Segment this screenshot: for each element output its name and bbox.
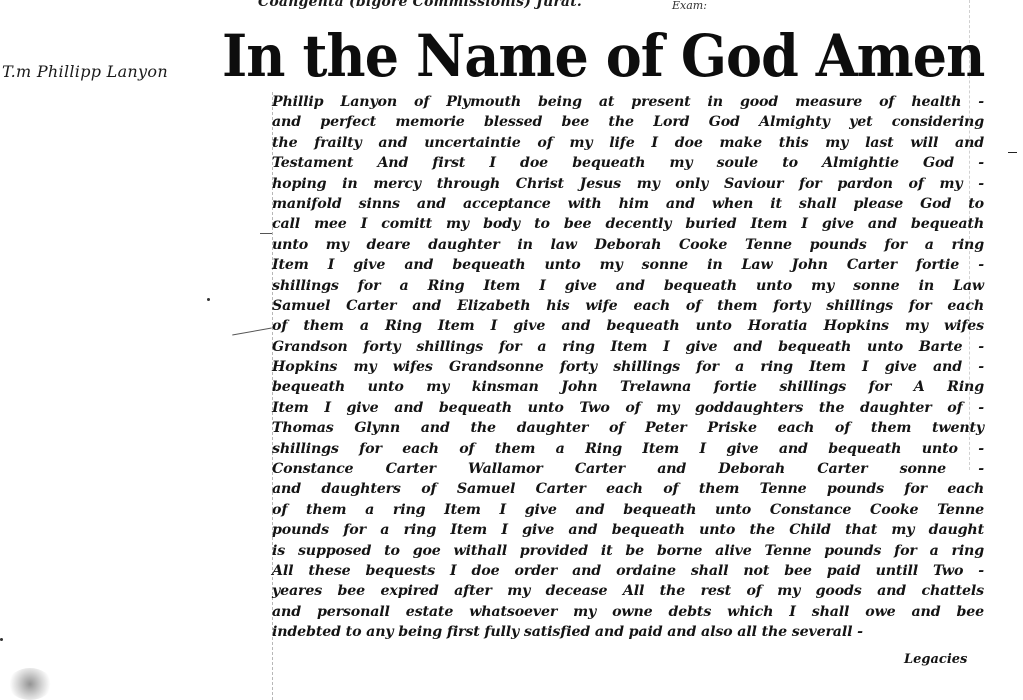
text-line: shillings for a Ring Item I give and beq… (272, 276, 984, 296)
text-line: Item I give and bequeath unto my sonne i… (272, 255, 984, 275)
ink-speck (0, 638, 3, 641)
catchword: Legacies (904, 652, 967, 667)
text-line: Testament And first I doe bequeath my so… (272, 153, 984, 173)
text-line: Thomas Glynn and the daughter of Peter P… (272, 418, 984, 438)
text-line: Item I give and bequeath unto Two of my … (272, 398, 984, 418)
text-line: is supposed to goe withall provided it b… (272, 541, 984, 561)
ink-smudge (8, 668, 52, 700)
text-line: All these bequests I doe order and ordai… (272, 561, 984, 581)
text-line: manifold sinns and acceptance with him a… (272, 194, 984, 214)
margin-testator-name: T.m Phillipp Lanyon (2, 62, 168, 81)
header-annotation: Exam: (672, 0, 707, 12)
margin-tick-mark (1008, 152, 1017, 153)
text-line: and daughters of Samuel Carter each of t… (272, 479, 984, 499)
text-line: shillings for each of them a Ring Item I… (272, 439, 984, 459)
text-line: Samuel Carter and Elizabeth his wife eac… (272, 296, 984, 316)
text-line: pounds for a ring Item I give and bequea… (272, 520, 984, 540)
text-line: Constance Carter Wallamor Carter and Deb… (272, 459, 984, 479)
text-line: Phillip Lanyon of Plymouth being at pres… (272, 92, 984, 112)
text-line: and perfect memorie blessed bee the Lord… (272, 112, 984, 132)
ink-speck (207, 298, 210, 301)
text-line: indebted to any being first fully satisf… (272, 622, 984, 642)
manuscript-page: Coangenta (bigore Commissionis) Jurat. E… (0, 0, 1023, 700)
will-body-text: Phillip Lanyon of Plymouth being at pres… (272, 92, 984, 643)
text-line: hoping in mercy through Christ Jesus my … (272, 174, 984, 194)
text-line: Grandson forty shillings for a ring Item… (272, 337, 984, 357)
text-line: and personall estate whatsoever my owne … (272, 602, 984, 622)
probate-header-line: Coangenta (bigore Commissionis) Jurat. (258, 0, 582, 9)
text-line: bequeath unto my kinsman John Trelawna f… (272, 377, 984, 397)
margin-tick-mark (260, 233, 272, 234)
text-line: call mee I comitt my body to bee decentl… (272, 214, 984, 234)
text-line: Hopkins my wifes Grandsonne forty shilli… (272, 357, 984, 377)
text-line: yeares bee expired after my decease All … (272, 581, 984, 601)
text-line: of them a Ring Item I give and bequeath … (272, 316, 984, 336)
text-line: unto my deare daughter in law Deborah Co… (272, 235, 984, 255)
invocation-heading: In the Name of God Amen (222, 18, 984, 94)
text-line: of them a ring Item I give and bequeath … (272, 500, 984, 520)
margin-tick-mark (232, 328, 272, 336)
text-line: the frailty and uncertaintie of my life … (272, 133, 984, 153)
